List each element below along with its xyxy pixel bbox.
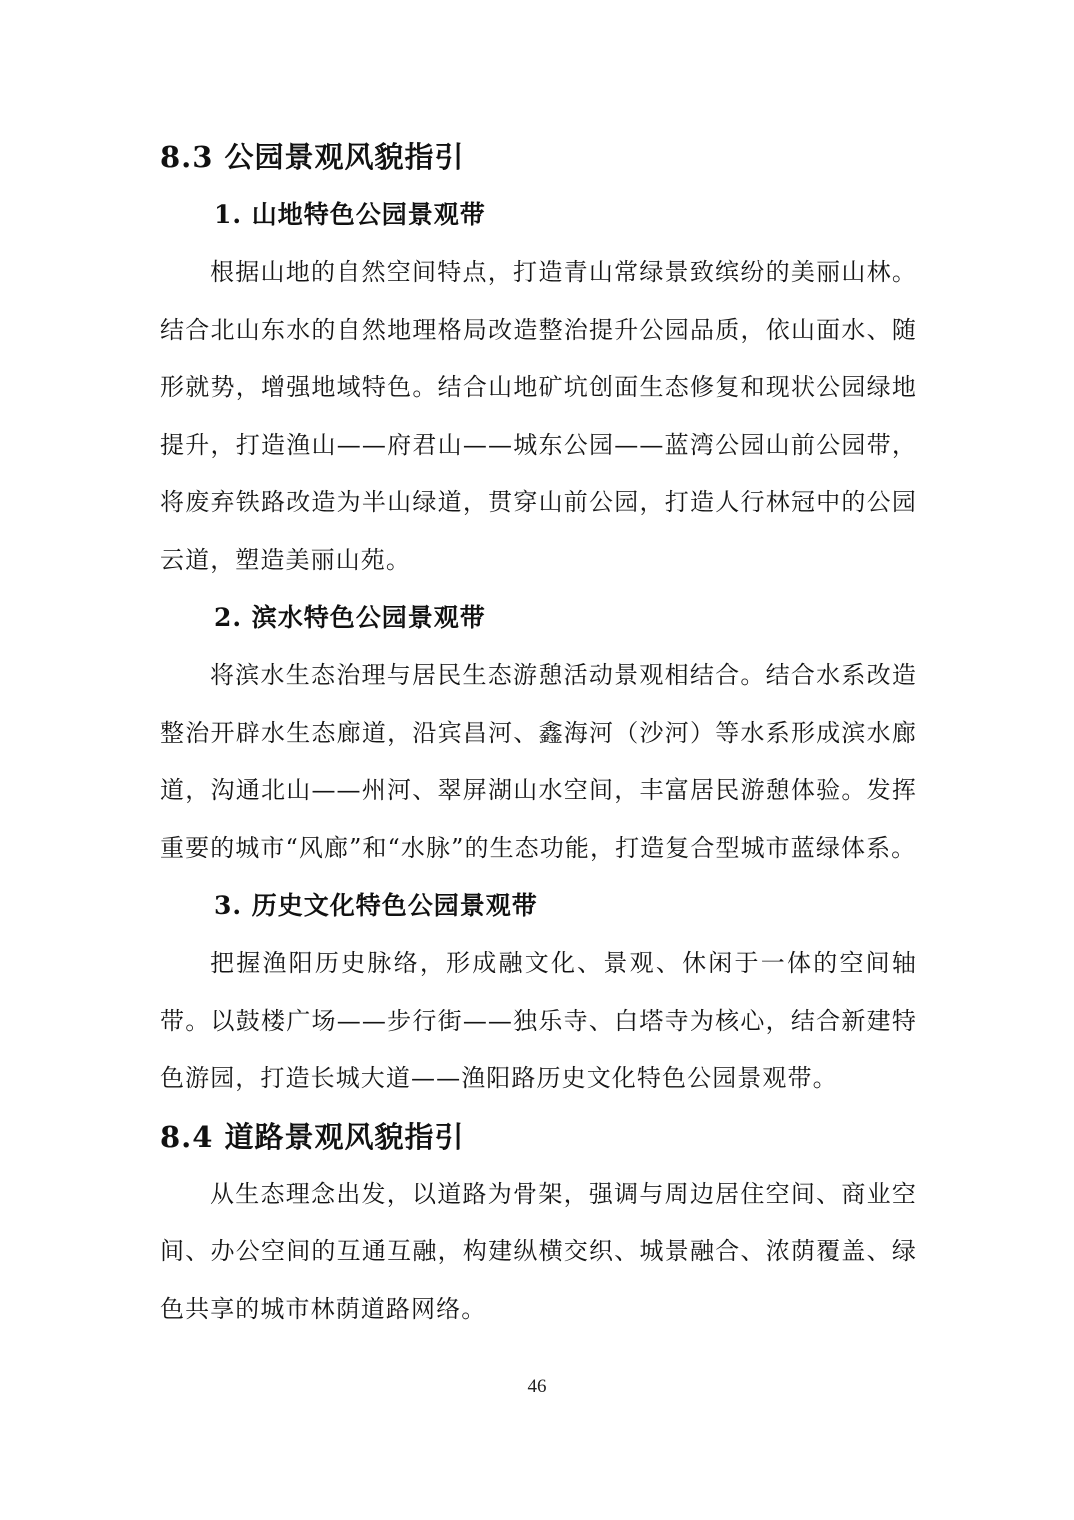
document-content: 8.3 公园景观风貌指引 1. 山地特色公园景观带 根据山地的自然空间特点，打造…: [160, 128, 917, 1338]
paragraph-road-landscape: 从生态理念出发，以道路为骨架，强调与周边居住空间、商业空间、办公空间的互通互融，…: [160, 1166, 917, 1339]
paragraph-waterfront-park: 将滨水生态治理与居民生态游憩活动景观相结合。结合水系改造整治开辟水生态廊道，沿宾…: [160, 647, 917, 877]
subheading-waterfront-park-belt: 2. 滨水特色公园景观带: [160, 589, 917, 647]
subheading-mountain-park-belt: 1. 山地特色公园景观带: [160, 186, 917, 244]
paragraph-historic-park: 把握渔阳历史脉络，形成融文化、景观、休闲于一体的空间轴带。以鼓楼广场——步行街—…: [160, 935, 917, 1108]
document-page: 8.3 公园景观风貌指引 1. 山地特色公园景观带 根据山地的自然空间特点，打造…: [0, 0, 1074, 1520]
paragraph-mountain-park: 根据山地的自然空间特点，打造青山常绿景致缤纷的美丽山林。结合北山东水的自然地理格…: [160, 244, 917, 589]
subheading-historic-park-belt: 3. 历史文化特色公园景观带: [160, 877, 917, 935]
page-number: 46: [0, 1376, 1074, 1398]
section-heading-8-4: 8.4 道路景观风貌指引: [160, 1108, 917, 1166]
section-heading-8-3: 8.3 公园景观风貌指引: [160, 128, 917, 186]
